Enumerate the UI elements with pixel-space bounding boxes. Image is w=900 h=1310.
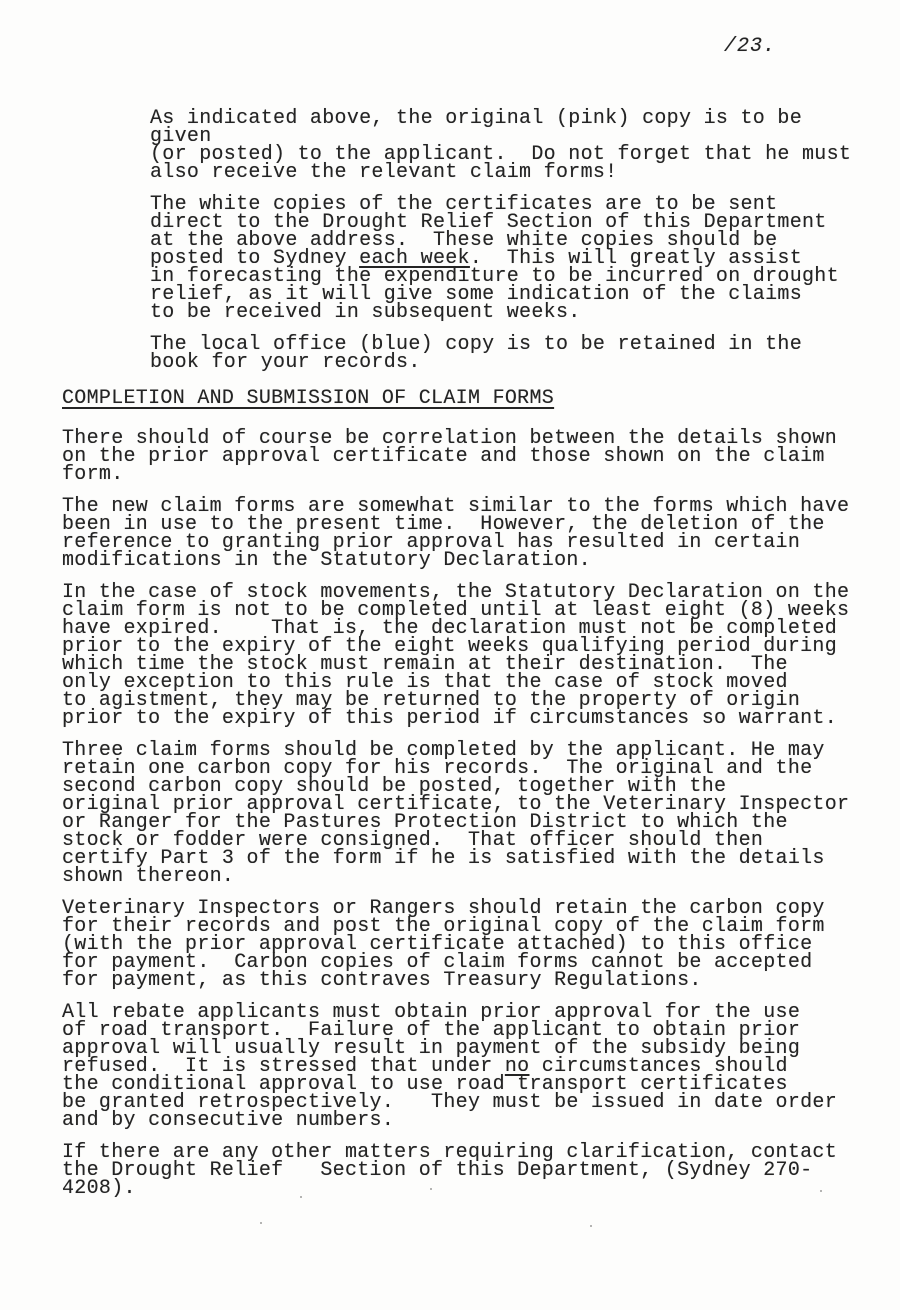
paragraph: There should of course be correlation be… [62, 430, 860, 484]
paragraph: Veterinary Inspectors or Rangers should … [62, 900, 860, 990]
scan-speckle [300, 1196, 302, 1198]
text-run: As indicated above, the original (pink) … [150, 107, 851, 184]
intro-block: As indicated above, the original (pink) … [150, 110, 860, 372]
scan-speckle [590, 1225, 592, 1227]
text-run: The local office (blue) copy is to be re… [150, 333, 802, 374]
paragraph: The new claim forms are somewhat similar… [62, 498, 860, 570]
text-run: Three claim forms should be completed by… [62, 739, 849, 888]
text-run: The new claim forms are somewhat similar… [62, 495, 849, 572]
paragraph: If there are any other matters requiring… [62, 1144, 860, 1198]
text-run: Veterinary Inspectors or Rangers should … [62, 897, 825, 992]
text-run: In the case of stock movements, the Stat… [62, 581, 849, 730]
scan-speckle [260, 1222, 262, 1224]
scan-speckle [820, 1190, 822, 1192]
document-page: /23. As indicated above, the original (p… [0, 0, 900, 1310]
paragraph: As indicated above, the original (pink) … [150, 110, 860, 182]
text-run: There should of course be correlation be… [62, 427, 837, 486]
page-number: /23. [62, 38, 860, 56]
paragraph: In the case of stock movements, the Stat… [62, 584, 860, 728]
paragraph: The white copies of the certificates are… [150, 196, 860, 322]
section-heading: COMPLETION AND SUBMISSION OF CLAIM FORMS [62, 390, 860, 408]
main-section: COMPLETION AND SUBMISSION OF CLAIM FORMS… [62, 390, 860, 1198]
text-run: If there are any other matters requiring… [62, 1141, 837, 1200]
paragraph: All rebate applicants must obtain prior … [62, 1004, 860, 1130]
body-block: There should of course be correlation be… [62, 430, 860, 1198]
paragraph: Three claim forms should be completed by… [62, 742, 860, 886]
scan-speckle [430, 1188, 432, 1190]
paragraph: The local office (blue) copy is to be re… [150, 336, 860, 372]
